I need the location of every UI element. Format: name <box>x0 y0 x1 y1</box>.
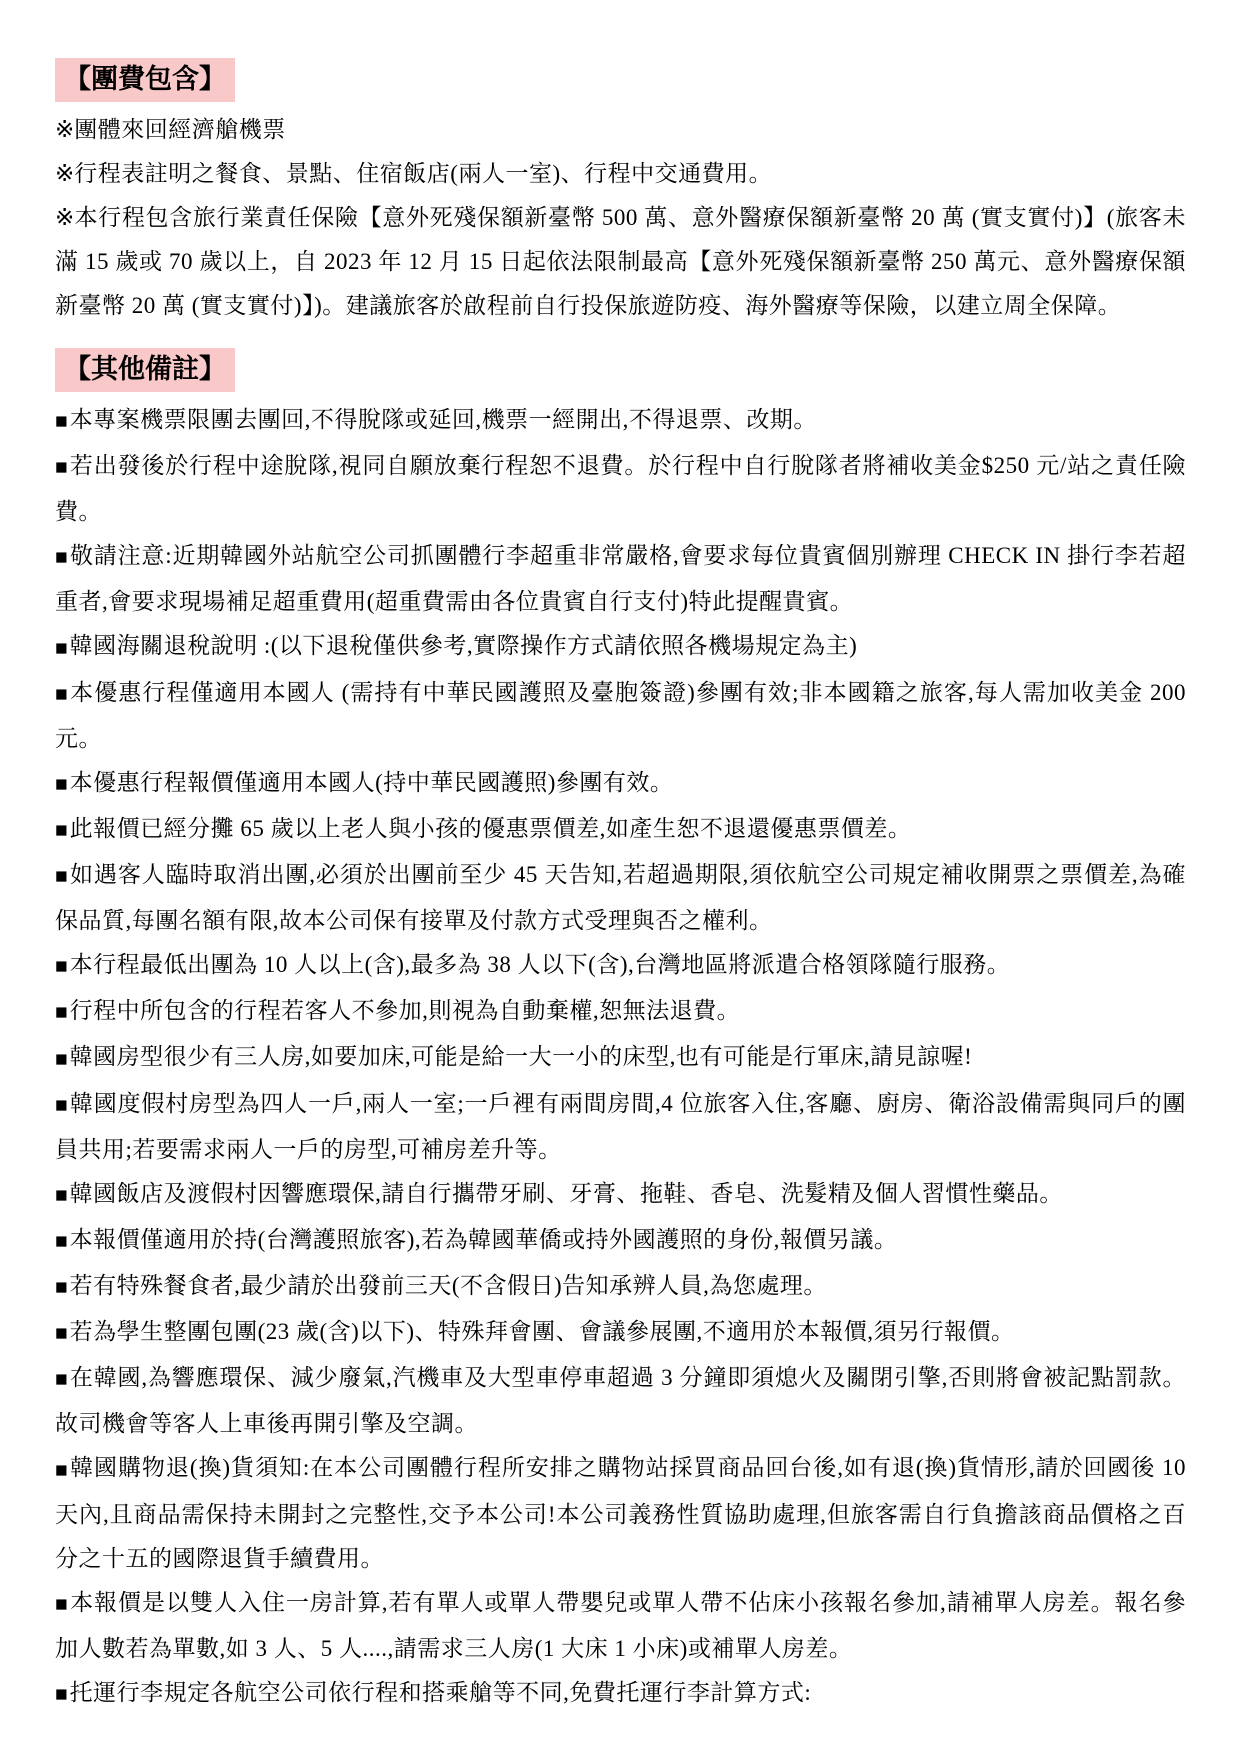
section-items: ■本專案機票限團去團回,不得脫隊或延回,機票一經開出,不得退票、改期。 ■若出發… <box>55 398 1186 1717</box>
bullet-marker: ■ <box>55 1463 70 1478</box>
paragraph-text: 本報價僅適用於持(台灣護照旅客),若為韓國華僑或持外國護照的身份,報價另議。 <box>70 1227 898 1252</box>
bullet-marker: ■ <box>55 777 70 792</box>
bullet-marker: ※ <box>55 117 74 142</box>
list-item: ■韓國度假村房型為四人一戶,兩人一室;一戶裡有兩間房間,4 位旅客入住,客廳、廚… <box>55 1082 1186 1172</box>
bullet-marker: ■ <box>55 869 70 884</box>
paragraph-text: 韓國購物退(換)貨須知:在本公司團體行程所安排之購物站採買商品回台後,如有退(換… <box>55 1455 1186 1570</box>
list-item: ■在韓國,為響應環保、減少廢氣,汽機車及大型車停車超過 3 分鐘即須熄火及關閉引… <box>55 1356 1186 1446</box>
paragraph-text: 此報價已經分攤 65 歲以上老人與小孩的優惠票價差,如產生恕不退還優惠票價差。 <box>70 816 912 841</box>
paragraph-text: 若有特殊餐食者,最少請於出發前三天(不含假日)告知承辨人員,為您處理。 <box>70 1273 827 1298</box>
bullet-marker: ■ <box>55 959 70 974</box>
bullet-marker: ■ <box>55 1234 70 1249</box>
bullet-marker: ■ <box>55 414 70 429</box>
paragraph-text: 敬請注意:近期韓國外站航空公司抓團體行李超重非常嚴格,會要求每位貴賓個別辦理 C… <box>55 543 1186 614</box>
paragraph-text: 托運行李規定各航空公司依行程和搭乘艙等不同,免費托運行李計算方式: <box>70 1680 812 1705</box>
paragraph-text: 若出發後於行程中途脫隊,視同自願放棄行程恕不退費。於行程中自行脫隊者將補收美金$… <box>55 453 1186 524</box>
list-item: ■行程中所包含的行程若客人不參加,則視為自動棄權,恕無法退費。 <box>55 989 1186 1035</box>
bullet-marker: ■ <box>55 1326 70 1341</box>
list-item: ■本優惠行程僅適用本國人 (需持有中華民國護照及臺胞簽證)參團有效;非本國籍之旅… <box>55 671 1186 761</box>
list-item: ■本報價是以雙人入住一房計算,若有單人或單人帶嬰兒或單人帶不佔床小孩報名參加,請… <box>55 1581 1186 1671</box>
paragraph-text: 本行程包含旅行業責任保險【意外死殘保額新臺幣 500 萬、意外醫療保額新臺幣 2… <box>55 205 1186 318</box>
list-item: ■韓國房型很少有三人房,如要加床,可能是給一大一小的床型,也有可能是行軍床,請見… <box>55 1035 1186 1081</box>
paragraph-text: 若為學生整團包團(23 歲(含)以下)、特殊拜會團、會議參展團,不適用於本報價,… <box>70 1319 1015 1344</box>
bullet-marker: ■ <box>55 1597 70 1612</box>
list-item: ■本報價僅適用於持(台灣護照旅客),若為韓國華僑或持外國護照的身份,報價另議。 <box>55 1218 1186 1264</box>
list-item: ■韓國飯店及渡假村因響應環保,請自行攜帶牙刷、牙膏、拖鞋、香皂、洗髮精及個人習慣… <box>55 1172 1186 1218</box>
section-header: 【團費包含】 <box>55 58 235 102</box>
paragraph-text: 行程中所包含的行程若客人不參加,則視為自動棄權,恕無法退費。 <box>70 998 741 1023</box>
list-item: ■若為學生整團包團(23 歲(含)以下)、特殊拜會團、會議參展團,不適用於本報價… <box>55 1310 1186 1356</box>
paragraph-text: 本報價是以雙人入住一房計算,若有單人或單人帶嬰兒或單人帶不佔床小孩報名參加,請補… <box>55 1590 1186 1661</box>
bullet-marker: ■ <box>55 460 70 475</box>
bullet-marker: ■ <box>55 1372 70 1387</box>
list-item: ■如遇客人臨時取消出團,必須於出團前至少 45 天告知,若超過期限,須依航空公司… <box>55 853 1186 943</box>
bullet-marker: ■ <box>55 641 70 656</box>
paragraph-text: 在韓國,為響應環保、減少廢氣,汽機車及大型車停車超過 3 分鐘即須熄火及關閉引擎… <box>55 1365 1186 1436</box>
list-item: ■本優惠行程報價僅適用本國人(持中華民國護照)參團有效。 <box>55 761 1186 807</box>
list-item: ■韓國海關退稅說明 :(以下退稅僅供參考,實際操作方式請依照各機場規定為主) <box>55 624 1186 670</box>
bullet-marker: ■ <box>55 1005 70 1020</box>
bullet-marker: ■ <box>55 550 70 565</box>
list-item: ■托運行李規定各航空公司依行程和搭乘艙等不同,免費托運行李計算方式: <box>55 1671 1186 1717</box>
bullet-marker: ■ <box>55 1098 70 1113</box>
paragraph-text: 本優惠行程報價僅適用本國人(持中華民國護照)參團有效。 <box>70 770 674 795</box>
list-item: ■本專案機票限團去團回,不得脫隊或延回,機票一經開出,不得退票、改期。 <box>55 398 1186 444</box>
paragraph-text: 韓國房型很少有三人房,如要加床,可能是給一大一小的床型,也有可能是行軍床,請見諒… <box>70 1044 973 1069</box>
bullet-marker: ■ <box>55 1188 70 1203</box>
bullet-marker: ■ <box>55 1687 70 1702</box>
paragraph-text: 本行程最低出團為 10 人以上(含),最多為 38 人以下(含),台灣地區將派遣… <box>70 952 1011 977</box>
paragraph-text: 韓國海關退稅說明 :(以下退稅僅供參考,實際操作方式請依照各機場規定為主) <box>70 633 858 658</box>
list-item: ■此報價已經分攤 65 歲以上老人與小孩的優惠票價差,如產生恕不退還優惠票價差。 <box>55 807 1186 853</box>
sections-root: 【團費包含】 ※團體來回經濟艙機票 ※行程表註明之餐食、景點、住宿飯店(兩人一室… <box>55 58 1186 1717</box>
paragraph-text: 行程表註明之餐食、景點、住宿飯店(兩人一室)、行程中交通費用。 <box>74 161 772 186</box>
list-item: ※本行程包含旅行業責任保險【意外死殘保額新臺幣 500 萬、意外醫療保額新臺幣 … <box>55 196 1186 328</box>
paragraph-text: 如遇客人臨時取消出團,必須於出團前至少 45 天告知,若超過期限,須依航空公司規… <box>55 862 1186 933</box>
section: 【其他備註】 ■本專案機票限團去團回,不得脫隊或延回,機票一經開出,不得退票、改… <box>55 348 1186 1717</box>
paragraph-text: 本優惠行程僅適用本國人 (需持有中華民國護照及臺胞簽證)參團有效;非本國籍之旅客… <box>55 680 1186 751</box>
list-item: ※行程表註明之餐食、景點、住宿飯店(兩人一室)、行程中交通費用。 <box>55 152 1186 196</box>
paragraph-text: 韓國度假村房型為四人一戶,兩人一室;一戶裡有兩間房間,4 位旅客入住,客廳、廚房… <box>55 1091 1186 1162</box>
list-item: ■若有特殊餐食者,最少請於出發前三天(不含假日)告知承辨人員,為您處理。 <box>55 1264 1186 1310</box>
list-item: ■韓國購物退(換)貨須知:在本公司團體行程所安排之購物站採買商品回台後,如有退(… <box>55 1446 1186 1580</box>
paragraph-text: 韓國飯店及渡假村因響應環保,請自行攜帶牙刷、牙膏、拖鞋、香皂、洗髮精及個人習慣性… <box>70 1181 1063 1206</box>
document-page: 【團費包含】 ※團體來回經濟艙機票 ※行程表註明之餐食、景點、住宿飯店(兩人一室… <box>0 0 1241 1755</box>
bullet-marker: ※ <box>55 161 74 186</box>
section-items: ※團體來回經濟艙機票 ※行程表註明之餐食、景點、住宿飯店(兩人一室)、行程中交通… <box>55 108 1186 328</box>
list-item: ■本行程最低出團為 10 人以上(含),最多為 38 人以下(含),台灣地區將派… <box>55 943 1186 989</box>
bullet-marker: ■ <box>55 1280 70 1295</box>
list-item: ■敬請注意:近期韓國外站航空公司抓團體行李超重非常嚴格,會要求每位貴賓個別辦理 … <box>55 534 1186 624</box>
bullet-marker: ■ <box>55 823 70 838</box>
paragraph-text: 本專案機票限團去團回,不得脫隊或延回,機票一經開出,不得退票、改期。 <box>70 407 817 432</box>
paragraph-text: 團體來回經濟艙機票 <box>74 117 286 142</box>
bullet-marker: ■ <box>55 687 70 702</box>
section-header: 【其他備註】 <box>55 348 235 392</box>
bullet-marker: ■ <box>55 1052 70 1067</box>
section: 【團費包含】 ※團體來回經濟艙機票 ※行程表註明之餐食、景點、住宿飯店(兩人一室… <box>55 58 1186 328</box>
list-item: ※團體來回經濟艙機票 <box>55 108 1186 152</box>
list-item: ■若出發後於行程中途脫隊,視同自願放棄行程恕不退費。於行程中自行脫隊者將補收美金… <box>55 444 1186 534</box>
bullet-marker: ※ <box>55 205 74 230</box>
